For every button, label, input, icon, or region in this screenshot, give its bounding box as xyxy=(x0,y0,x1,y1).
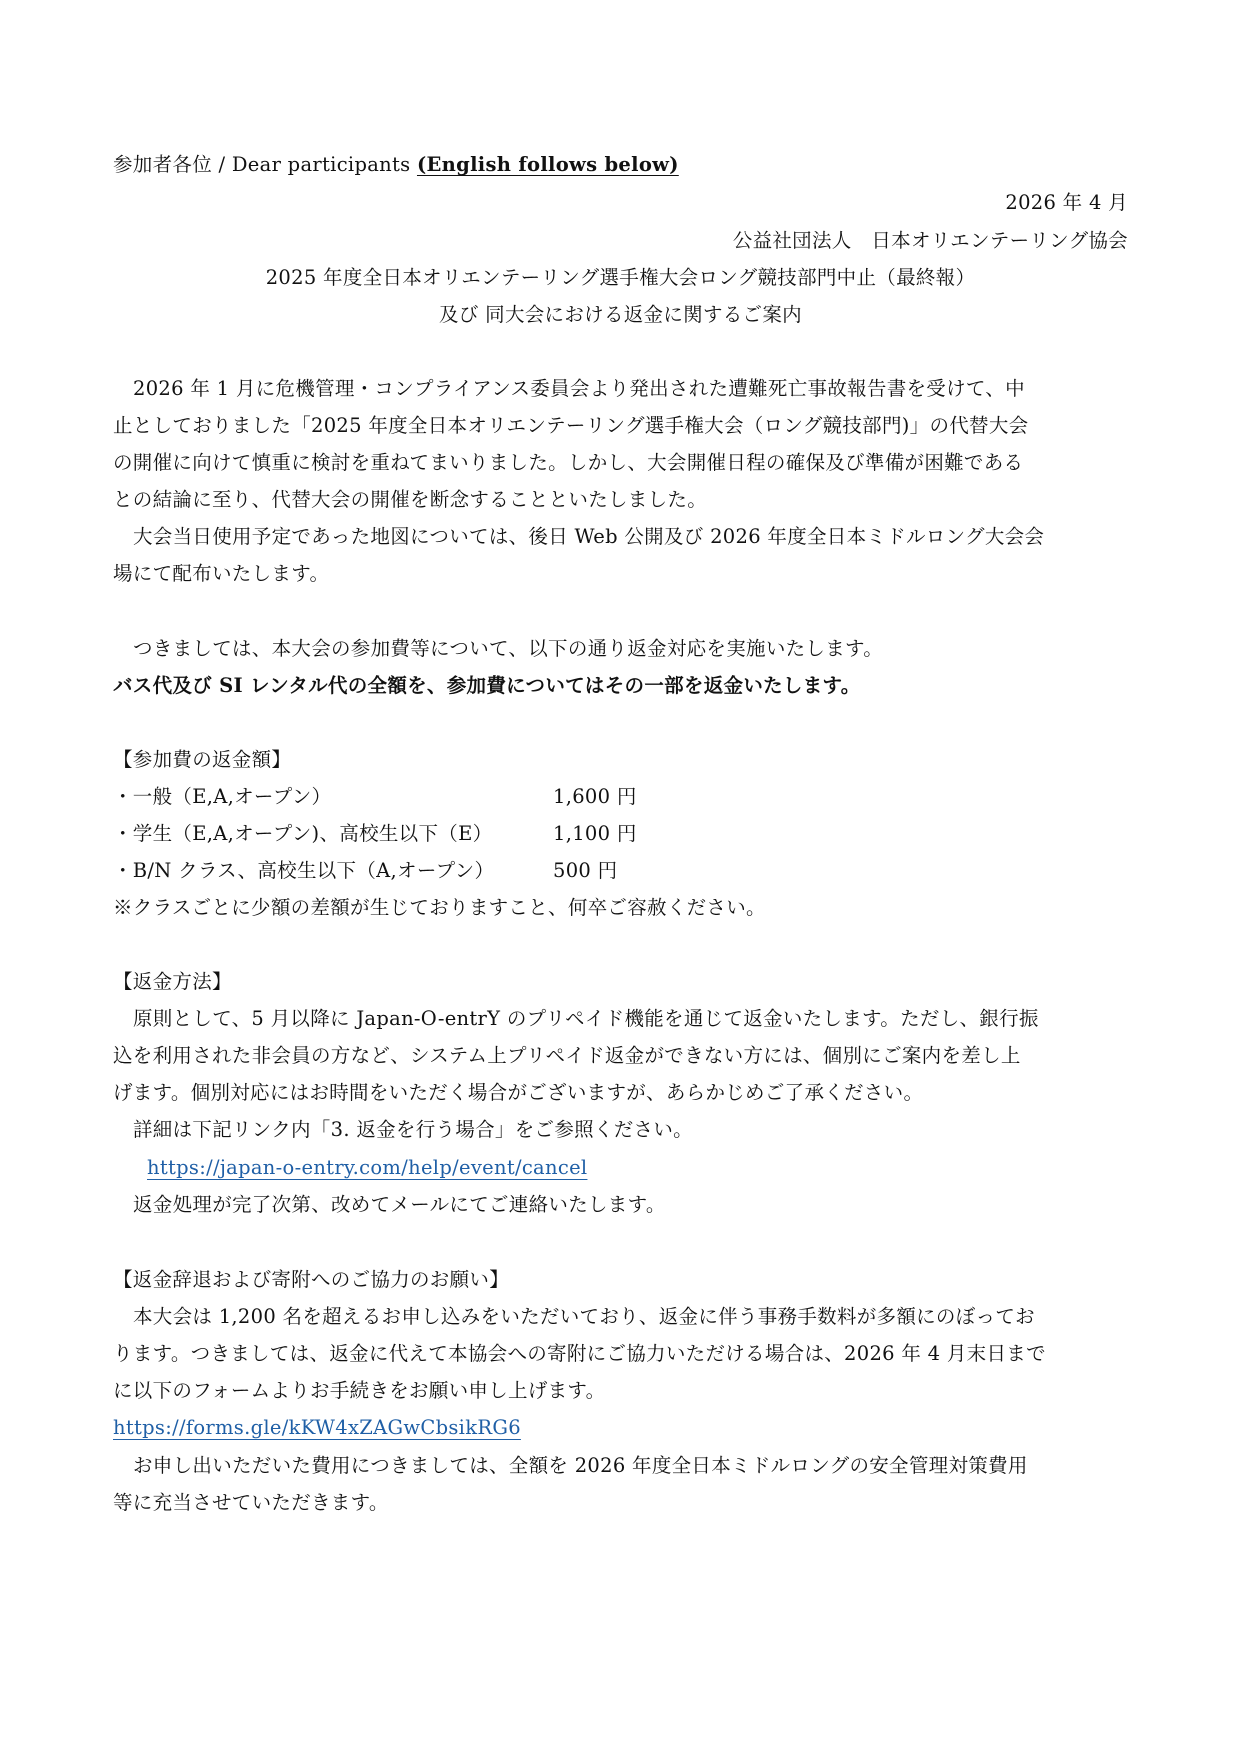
document-title-line2: 及び 同大会における返金に関するご案内 xyxy=(0,302,1241,328)
refund-row-amount: 1,100 円 xyxy=(553,821,637,847)
document-page: 参加者各位 / Dear participants (English follo… xyxy=(0,0,1241,1754)
english-follows-note: (English follows below) xyxy=(417,153,679,176)
donation-p1-line: に以下のフォームよりお手続きをお願い申し上げます。 xyxy=(113,1378,605,1404)
refund-method-p3: 返金処理が完了次第、改めてメールにてご連絡いたします。 xyxy=(133,1192,666,1218)
intro-p1-line: 2026 年 1 月に危機管理・コンプライアンス委員会より発出された遭難死亡事故… xyxy=(133,376,1025,402)
document-title-line1: 2025 年度全日本オリエンテーリング選手権大会ロング競技部門中止（最終報） xyxy=(0,265,1241,291)
donation-p2-line: 等に充当させていただきます。 xyxy=(113,1490,389,1516)
refund-method-link-line: https://japan-o-entry.com/help/event/can… xyxy=(147,1155,587,1181)
refund-row-general: ・一般（E,A,オープン）1,600 円 xyxy=(113,784,637,810)
date: 2026 年 4 月 xyxy=(1005,190,1128,216)
donation-p1-line: 本大会は 1,200 名を超えるお申し込みをいただいており、返金に伴う事務手数料… xyxy=(133,1304,1035,1330)
intro-p3: つきましては、本大会の参加費等について、以下の通り返金対応を実施いたします。 xyxy=(133,636,883,662)
organization-name: 公益社団法人 日本オリエンテーリング協会 xyxy=(733,228,1128,254)
refund-method-p1-line: げます。個別対応にはお時間をいただく場合がございますが、あらかじめご了承ください… xyxy=(113,1080,923,1106)
intro-p2-line: 大会当日使用予定であった地図については、後日 Web 公開及び 2026 年度全… xyxy=(133,524,1044,550)
donation-heading: 【返金辞退および寄附へのご協力のお願い】 xyxy=(113,1267,509,1293)
intro-p1-line: の開催に向けて慎重に検討を重ねてまいりました。しかし、大会開催日程の確保及び準備… xyxy=(113,450,1023,476)
intro-p3-bold: バス代及び SI レンタル代の全額を、参加費についてはその一部を返金いたします。 xyxy=(113,673,861,699)
refund-method-p1-line: 込を利用された非会員の方など、システム上プリペイド返金ができない方には、個別にご… xyxy=(113,1043,1021,1069)
refund-amounts-note: ※クラスごとに少額の差額が生じておりますこと、何卒ご容赦ください。 xyxy=(113,895,766,921)
intro-p1-line: との結論に至り、代替大会の開催を断念することといたしました。 xyxy=(113,487,707,513)
donation-form-link[interactable]: https://forms.gle/kKW4xZAGwCbsikRG6 xyxy=(113,1416,521,1439)
refund-row-student: ・学生（E,A,オープン)、高校生以下（E）1,100 円 xyxy=(113,821,637,847)
refund-method-p2: 詳細は下記リンク内「3. 返金を行う場合」をご参照ください。 xyxy=(133,1117,693,1143)
japan-o-entry-cancel-link[interactable]: https://japan-o-entry.com/help/event/can… xyxy=(147,1156,587,1179)
refund-row-bn-class: ・B/N クラス、高校生以下（A,オープン）500 円 xyxy=(113,858,617,884)
refund-method-heading: 【返金方法】 xyxy=(113,969,232,995)
refund-row-label: ・B/N クラス、高校生以下（A,オープン） xyxy=(113,858,553,884)
donation-p2-line: お申し出いただいた費用につきましては、全額を 2026 年度全日本ミドルロングの… xyxy=(133,1453,1028,1479)
refund-row-label: ・学生（E,A,オープン)、高校生以下（E） xyxy=(113,821,553,847)
greeting-line: 参加者各位 / Dear participants (English follo… xyxy=(113,152,679,178)
refund-method-p1-line: 原則として、5 月以降に Japan-O-entrY のプリペイド機能を通じて返… xyxy=(133,1006,1039,1032)
refund-row-amount: 1,600 円 xyxy=(553,784,637,810)
intro-p1-line: 止としておりました「2025 年度全日本オリエンテーリング選手権大会（ロング競技… xyxy=(113,413,1028,439)
donation-link-line: https://forms.gle/kKW4xZAGwCbsikRG6 xyxy=(113,1415,521,1441)
refund-amounts-heading: 【参加費の返金額】 xyxy=(113,747,291,773)
refund-row-amount: 500 円 xyxy=(553,858,617,884)
intro-p2-line: 場にて配布いたします。 xyxy=(113,561,329,587)
greeting-text: 参加者各位 / Dear participants xyxy=(113,153,417,176)
refund-row-label: ・一般（E,A,オープン） xyxy=(113,784,553,810)
donation-p1-line: ります。つきましては、返金に代えて本協会への寄附にご協力いただける場合は、202… xyxy=(113,1341,1046,1367)
